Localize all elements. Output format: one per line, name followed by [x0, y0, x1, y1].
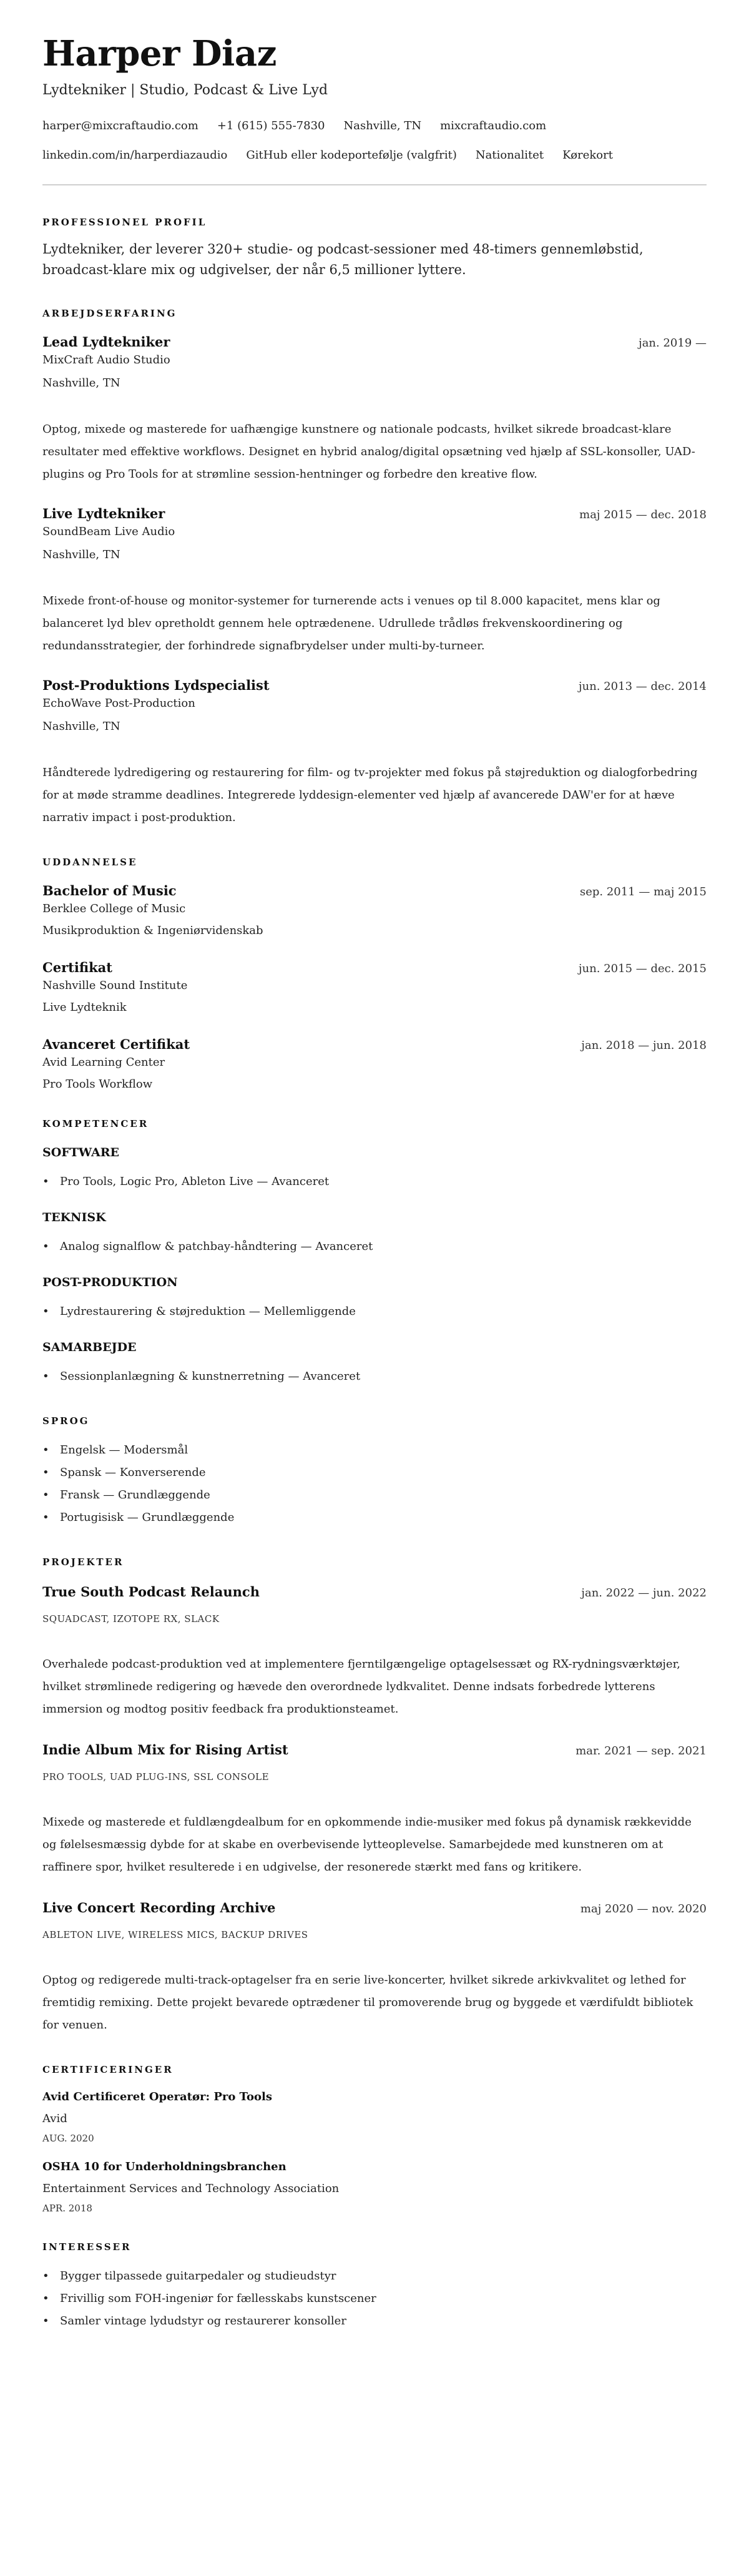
skill-group: TEKNISK Analog signalflow & patchbay-hån…	[42, 1211, 707, 1258]
profile-section: PROFESSIONEL PROFIL Lydtekniker, der lev…	[42, 217, 707, 280]
project-name: Live Concert Recording Archive	[42, 1900, 275, 1915]
skill-category: SAMARBEJDE	[42, 1340, 707, 1354]
skill-category: POST-PRODUKTION	[42, 1276, 707, 1289]
job-title: Lead Lydtekniker	[42, 334, 170, 350]
skill-category: SOFTWARE	[42, 1146, 707, 1159]
resume-header: Harper Diaz Lydtekniker | Studio, Podcas…	[42, 35, 707, 185]
section-title: INTERESSER	[42, 2241, 707, 2253]
contact-drivers-license: Kørekort	[562, 149, 613, 162]
school-name: Nashville Sound Institute	[42, 979, 707, 992]
project-description: Optog og redigerede multi-track-optagels…	[42, 1969, 707, 2037]
section-title: KOMPETENCER	[42, 1118, 707, 1129]
section-title: CERTIFICERINGER	[42, 2064, 707, 2075]
field-of-study: Live Lydteknik	[42, 1001, 707, 1014]
project-name: True South Podcast Relaunch	[42, 1584, 260, 1600]
education-entry: Bachelor of Music sep. 2011 — maj 2015 B…	[42, 883, 707, 937]
job-company: SoundBeam Live Audio	[42, 525, 707, 538]
certification-date: AUG. 2020	[42, 2133, 707, 2144]
section-title: PROFESSIONEL PROFIL	[42, 217, 707, 228]
project-tech-stack: ABLETON LIVE, WIRELESS MICS, BACKUP DRIV…	[42, 1929, 707, 1940]
job-company: EchoWave Post-Production	[42, 697, 707, 710]
language-list: Engelsk — Modersmål Spansk — Konverseren…	[42, 1439, 707, 1529]
skill-item: Sessionplanlægning & kunstnerretning — A…	[42, 1365, 707, 1388]
project-name: Indie Album Mix for Rising Artist	[42, 1742, 288, 1757]
project-tech-stack: PRO TOOLS, UAD PLUG-INS, SSL CONSOLE	[42, 1771, 707, 1782]
contact-github[interactable]: GitHub eller kodeportefølje (valgfrit)	[246, 149, 457, 162]
certification-name: OSHA 10 for Underholdningsbranchen	[42, 2160, 707, 2173]
skill-item: Lydrestaurering & støjreduktion — Mellem…	[42, 1300, 707, 1323]
education-entry: Certifikat jun. 2015 — dec. 2015 Nashvil…	[42, 960, 707, 1014]
section-title: ARBEJDSERFARING	[42, 308, 707, 319]
contact-phone[interactable]: +1 (615) 555-7830	[217, 119, 325, 132]
project-description: Overhalede podcast-produktion ved at imp…	[42, 1653, 707, 1721]
job-location: Nashville, TN	[42, 548, 707, 561]
experience-entry: Lead Lydtekniker jan. 2019 — MixCraft Au…	[42, 334, 707, 486]
contact-linkedin[interactable]: linkedin.com/in/harperdiazaudio	[42, 149, 227, 162]
interest-item: Samler vintage lydudstyr og restaurerer …	[42, 2310, 707, 2333]
certification-entry: OSHA 10 for Underholdningsbranchen Enter…	[42, 2160, 707, 2214]
education-dates: jun. 2015 — dec. 2015	[579, 962, 707, 975]
job-location: Nashville, TN	[42, 376, 707, 390]
experience-entry: Post-Produktions Lydspecialist jun. 2013…	[42, 677, 707, 829]
certifications-section: CERTIFICERINGER Avid Certificeret Operat…	[42, 2064, 707, 2214]
job-description: Håndterede lydredigering og restaurering…	[42, 762, 707, 829]
project-tech-stack: SQUADCAST, IZOTOPE RX, SLACK	[42, 1613, 707, 1625]
header-divider	[42, 184, 707, 185]
language-item: Spansk — Konverserende	[42, 1462, 707, 1484]
contact-website[interactable]: mixcraftaudio.com	[440, 119, 546, 132]
degree-title: Bachelor of Music	[42, 883, 177, 898]
candidate-name: Harper Diaz	[42, 35, 707, 74]
contact-row-secondary: linkedin.com/in/harperdiazaudio GitHub e…	[42, 149, 707, 162]
section-title: UDDANNELSE	[42, 857, 707, 868]
skill-group: POST-PRODUKTION Lydrestaurering & støjre…	[42, 1276, 707, 1323]
candidate-headline: Lydtekniker | Studio, Podcast & Live Lyd	[42, 82, 707, 98]
languages-section: SPROG Engelsk — Modersmål Spansk — Konve…	[42, 1415, 707, 1529]
project-dates: mar. 2021 — sep. 2021	[575, 1744, 707, 1757]
interest-list: Bygger tilpassede guitarpedaler og studi…	[42, 2265, 707, 2333]
project-entry: Live Concert Recording Archive maj 2020 …	[42, 1900, 707, 2037]
school-name: Berklee College of Music	[42, 902, 707, 915]
interest-item: Bygger tilpassede guitarpedaler og studi…	[42, 2265, 707, 2288]
skill-group: SAMARBEJDE Sessionplanlægning & kunstner…	[42, 1340, 707, 1388]
school-name: Avid Learning Center	[42, 1056, 707, 1069]
job-description: Optog, mixede og masterede for uafhængig…	[42, 418, 707, 486]
profile-summary: Lydtekniker, der leverer 320+ studie- og…	[42, 239, 707, 280]
project-entry: Indie Album Mix for Rising Artist mar. 2…	[42, 1742, 707, 1879]
education-dates: sep. 2011 — maj 2015	[580, 885, 707, 898]
contact-row-primary: harper@mixcraftaudio.com +1 (615) 555-78…	[42, 119, 707, 132]
language-item: Engelsk — Modersmål	[42, 1439, 707, 1462]
certification-date: APR. 2018	[42, 2203, 707, 2214]
contact-nationality: Nationalitet	[476, 149, 544, 162]
project-dates: maj 2020 — nov. 2020	[580, 1902, 707, 1915]
education-entry: Avanceret Certifikat jan. 2018 — jun. 20…	[42, 1036, 707, 1091]
interests-section: INTERESSER Bygger tilpassede guitarpedal…	[42, 2241, 707, 2333]
job-company: MixCraft Audio Studio	[42, 353, 707, 366]
interest-item: Frivillig som FOH-ingeniør for fællesska…	[42, 2288, 707, 2310]
experience-section: ARBEJDSERFARING Lead Lydtekniker jan. 20…	[42, 308, 707, 829]
field-of-study: Pro Tools Workflow	[42, 1078, 707, 1091]
education-dates: jan. 2018 — jun. 2018	[581, 1039, 707, 1052]
field-of-study: Musikproduktion & Ingeniørvidenskab	[42, 924, 707, 937]
resume-page: Harper Diaz Lydtekniker | Studio, Podcas…	[0, 0, 749, 2357]
contact-email[interactable]: harper@mixcraftaudio.com	[42, 119, 198, 132]
project-description: Mixede og masterede et fuldlængdealbum f…	[42, 1811, 707, 1879]
job-dates: maj 2015 — dec. 2018	[579, 508, 707, 521]
job-description: Mixede front-of-house og monitor-systeme…	[42, 590, 707, 657]
degree-title: Certifikat	[42, 960, 112, 975]
language-item: Fransk — Grundlæggende	[42, 1484, 707, 1507]
projects-section: PROJEKTER True South Podcast Relaunch ja…	[42, 1556, 707, 2037]
education-section: UDDANNELSE Bachelor of Music sep. 2011 —…	[42, 857, 707, 1091]
experience-entry: Live Lydtekniker maj 2015 — dec. 2018 So…	[42, 506, 707, 657]
project-dates: jan. 2022 — jun. 2022	[581, 1586, 707, 1600]
job-location: Nashville, TN	[42, 720, 707, 733]
skill-group: SOFTWARE Pro Tools, Logic Pro, Ableton L…	[42, 1146, 707, 1193]
skill-item: Analog signalflow & patchbay-håndtering …	[42, 1236, 707, 1258]
skill-item: Pro Tools, Logic Pro, Ableton Live — Ava…	[42, 1171, 707, 1193]
certification-issuer: Avid	[42, 2112, 707, 2125]
certification-name: Avid Certificeret Operatør: Pro Tools	[42, 2090, 707, 2103]
degree-title: Avanceret Certifikat	[42, 1036, 190, 1052]
section-title: PROJEKTER	[42, 1556, 707, 1568]
skills-section: KOMPETENCER SOFTWARE Pro Tools, Logic Pr…	[42, 1118, 707, 1388]
certification-issuer: Entertainment Services and Technology As…	[42, 2182, 707, 2195]
job-dates: jan. 2019 —	[639, 337, 707, 350]
contact-location: Nashville, TN	[343, 119, 421, 132]
job-dates: jun. 2013 — dec. 2014	[579, 680, 707, 693]
job-title: Live Lydtekniker	[42, 506, 165, 521]
certification-entry: Avid Certificeret Operatør: Pro Tools Av…	[42, 2090, 707, 2144]
skill-category: TEKNISK	[42, 1211, 707, 1224]
section-title: SPROG	[42, 1415, 707, 1427]
project-entry: True South Podcast Relaunch jan. 2022 — …	[42, 1584, 707, 1721]
language-item: Portugisisk — Grundlæggende	[42, 1507, 707, 1529]
job-title: Post-Produktions Lydspecialist	[42, 677, 270, 693]
